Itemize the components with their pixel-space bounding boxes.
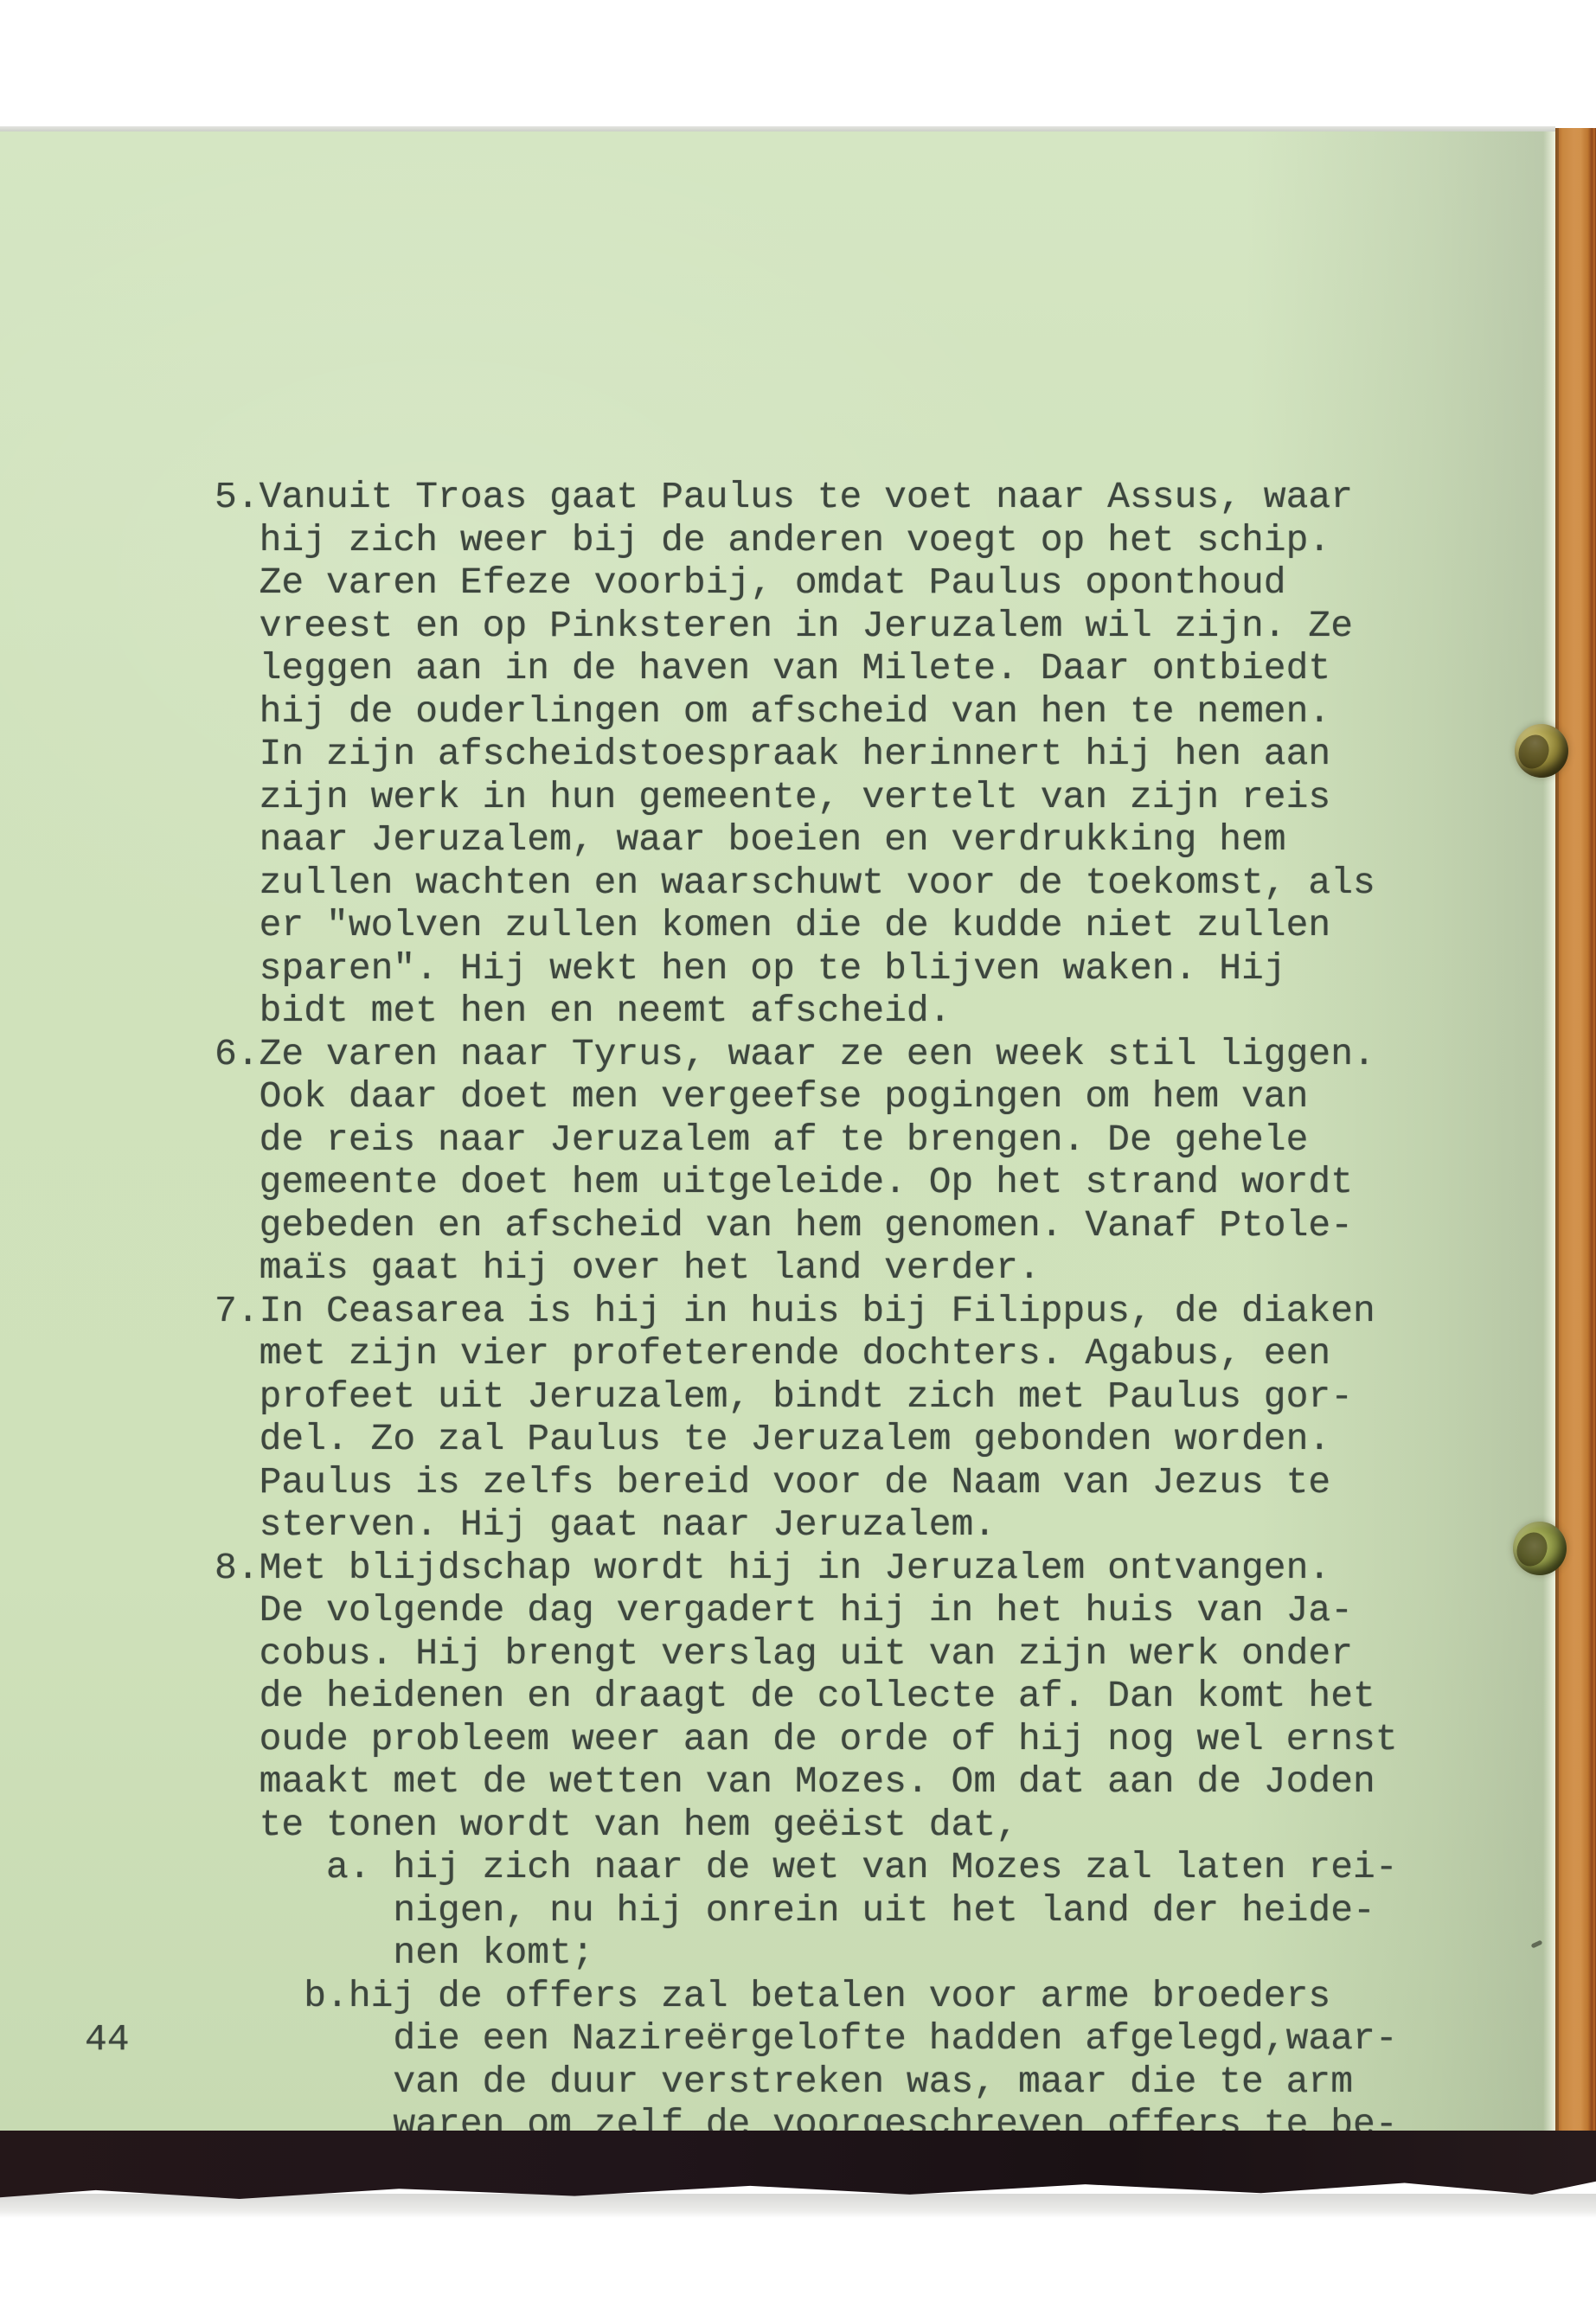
book-cover-edge	[0, 2131, 1596, 2203]
page-number: 44	[85, 2018, 130, 2061]
typewritten-text: 5.Vanuit Troas gaat Paulus te voet naar …	[215, 476, 1398, 2189]
pencil-speck	[1531, 1939, 1543, 1948]
paper-page: 5.Vanuit Troas gaat Paulus te voet naar …	[0, 131, 1555, 2132]
binding-screw-top-icon	[1515, 724, 1568, 778]
binding-strip	[1555, 128, 1596, 2132]
binding-screw-bottom-icon	[1513, 1522, 1567, 1575]
scanned-book-page: 5.Vanuit Troas gaat Paulus te voet naar …	[0, 0, 1596, 2301]
